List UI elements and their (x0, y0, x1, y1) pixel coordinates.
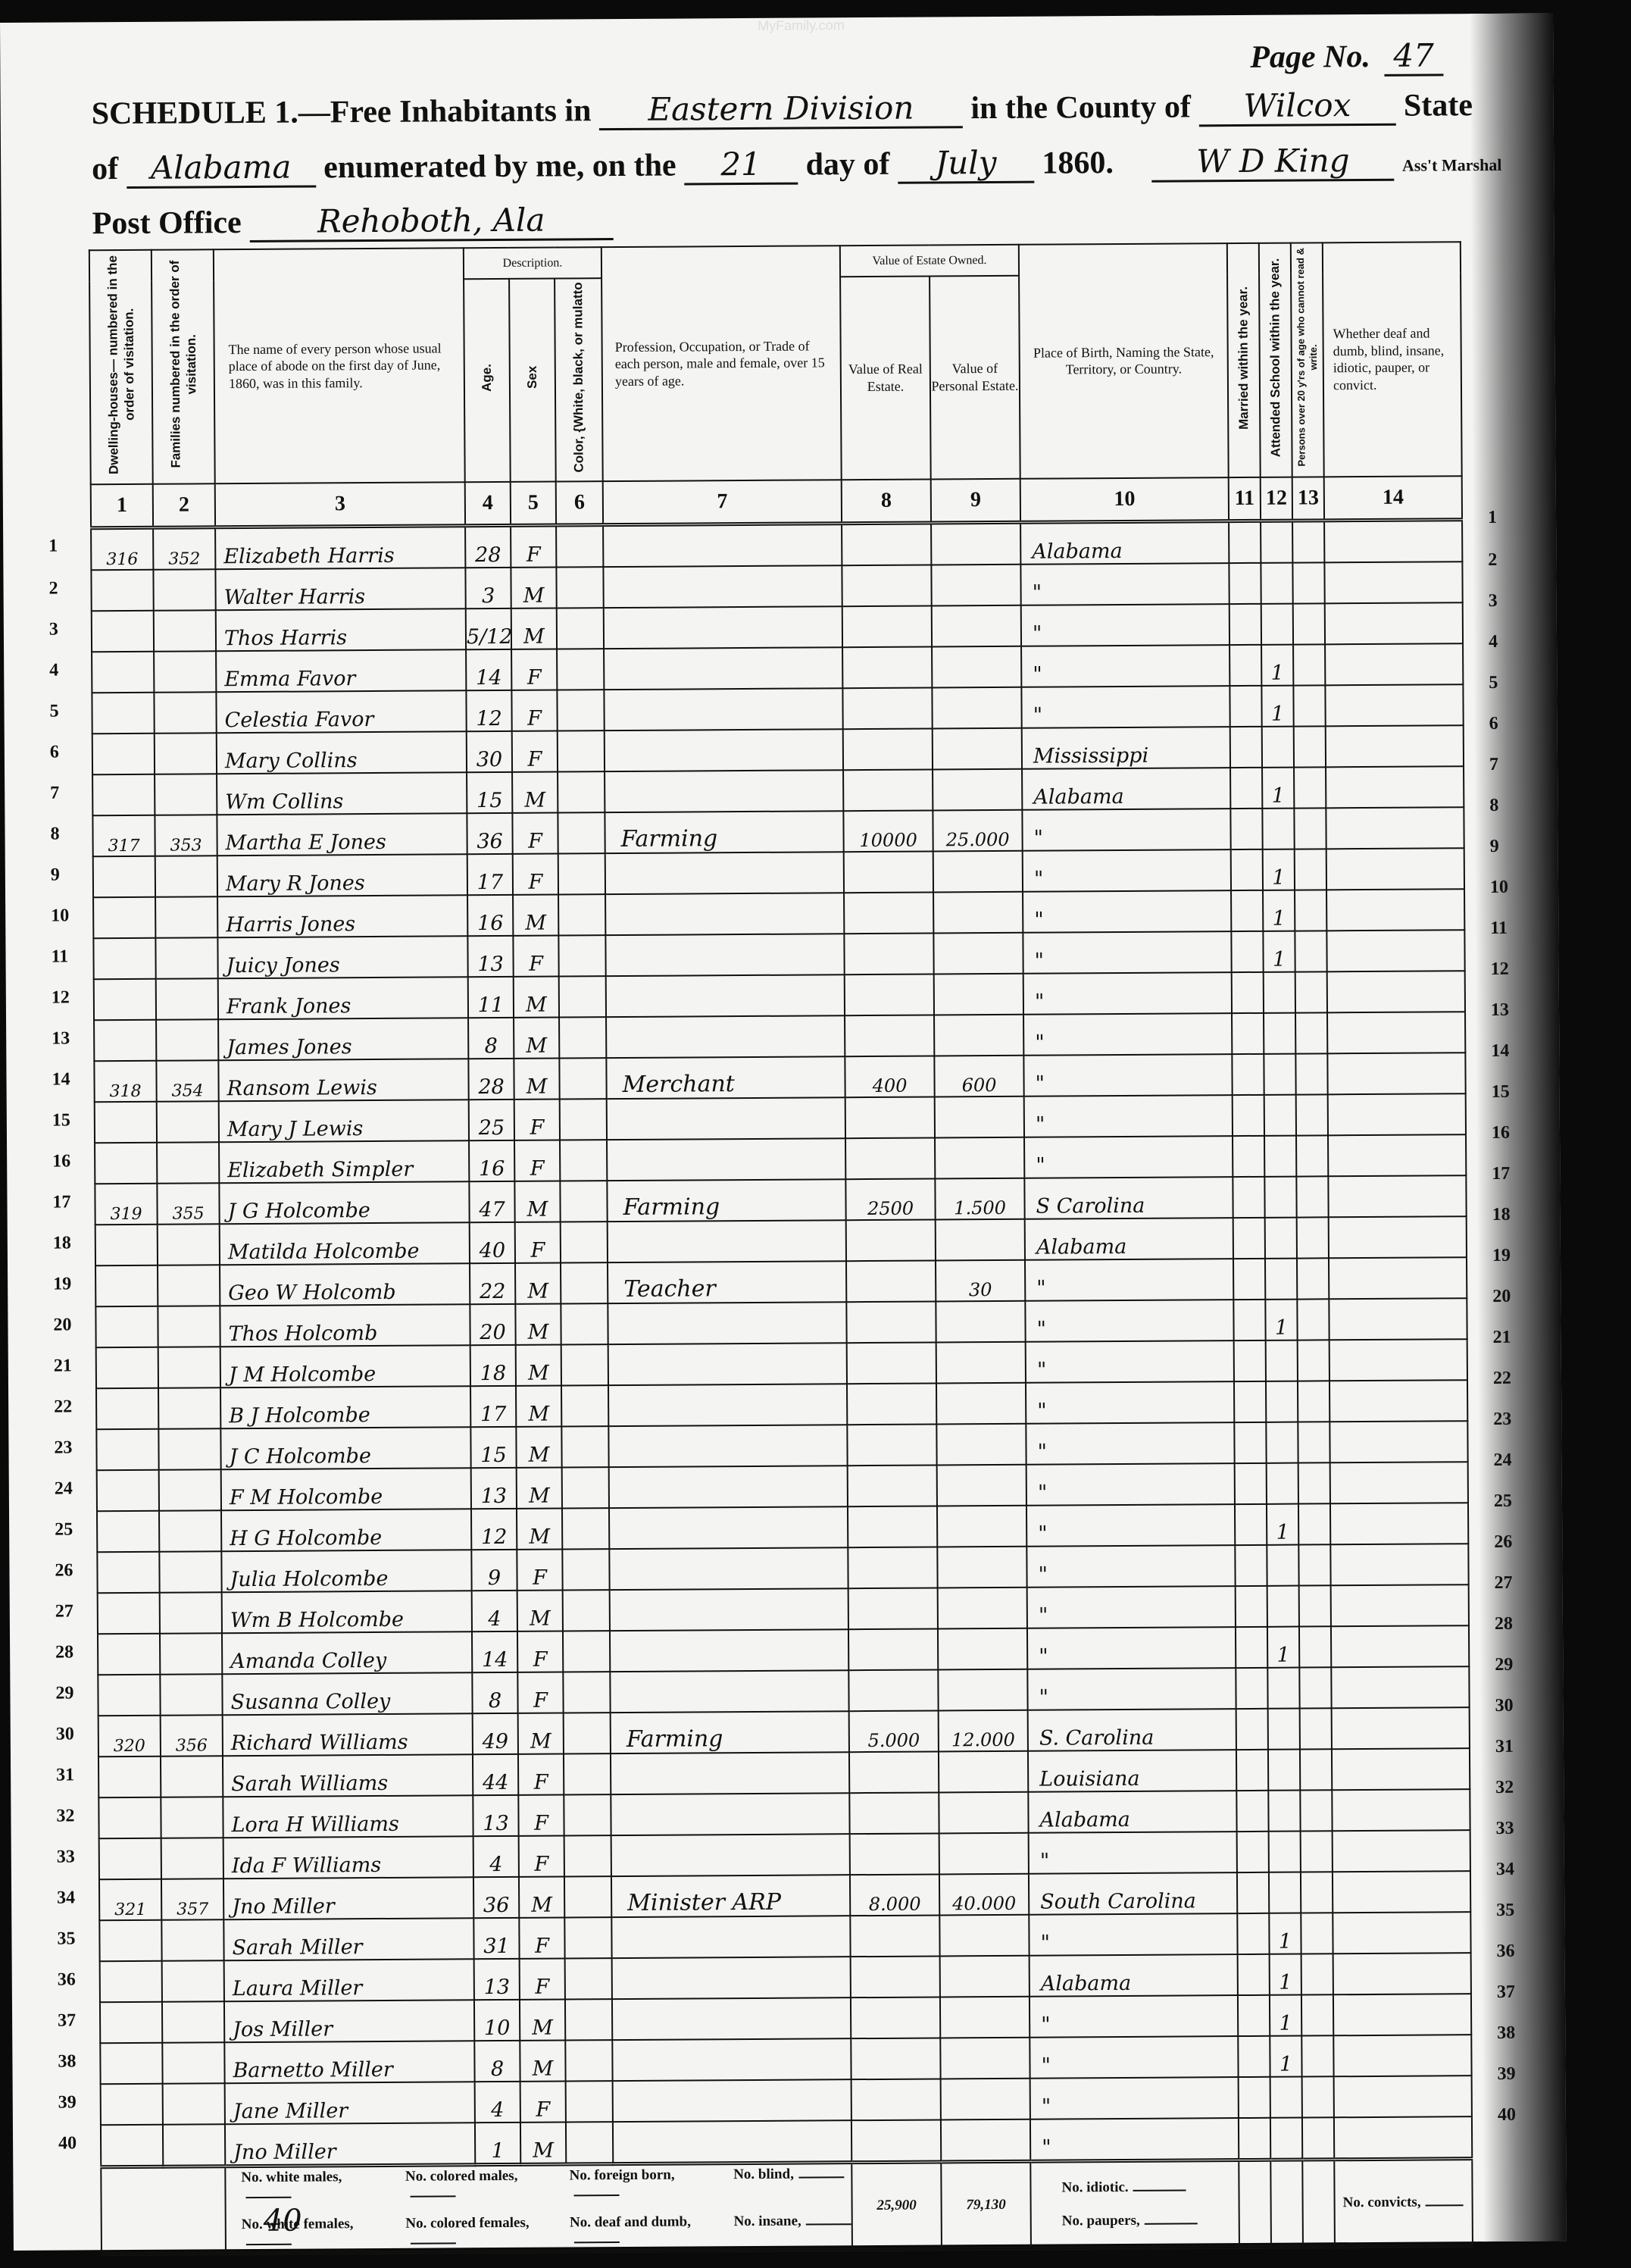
married-mark (1236, 1750, 1268, 1791)
person-sex: F (519, 1917, 564, 1958)
birthplace: " (1026, 1463, 1235, 1506)
family-number (160, 1633, 222, 1674)
illiterate-mark (1296, 1094, 1328, 1135)
school-mark: 1 (1270, 2035, 1301, 2076)
illiterate-mark (1296, 1176, 1328, 1217)
person-occupation (611, 1916, 850, 1958)
person-color (558, 935, 605, 976)
school-mark: 1 (1270, 1954, 1301, 1994)
personal-estate-value (941, 2078, 1030, 2119)
school-mark (1267, 1585, 1299, 1626)
person-age: 17 (470, 1386, 516, 1427)
school-mark (1264, 1012, 1295, 1053)
condition-note (1333, 1994, 1471, 2035)
illiterate-mark (1295, 971, 1327, 1012)
school-mark (1264, 971, 1295, 1012)
line-number: 35 (1496, 1900, 1514, 1921)
person-color (562, 1467, 609, 1508)
condition-note (1334, 2116, 1472, 2160)
school-mark: 1 (1267, 1626, 1299, 1667)
family-number (155, 896, 217, 937)
condition-note (1333, 1830, 1470, 1872)
real-estate-value (843, 728, 933, 770)
person-color (557, 690, 604, 730)
personal-estate-value (932, 646, 1021, 688)
of-label: of (92, 152, 118, 186)
illiterate-mark (1292, 562, 1324, 603)
birthplace: Louisiana (1028, 1750, 1236, 1792)
estate-header: Value of Estate Owned. (840, 245, 1019, 277)
person-occupation: Merchant (606, 1056, 845, 1099)
personal-estate-value (937, 1506, 1026, 1547)
dwelling-number: 320 (98, 1715, 161, 1757)
person-age: 8 (472, 1672, 517, 1713)
person-age: 20 (470, 1304, 515, 1345)
illiterate-mark (1298, 1544, 1330, 1585)
line-number: 32 (56, 1806, 74, 1826)
line-number: 33 (1496, 1819, 1514, 1839)
condition-note (1329, 1216, 1467, 1258)
condition-note (1330, 1462, 1468, 1503)
line-number: 5 (49, 702, 58, 722)
birthplace: Alabama (1020, 521, 1229, 564)
page-number-value: 47 (1384, 36, 1443, 76)
col-number: 8 (842, 479, 931, 523)
school-mark: 1 (1263, 849, 1295, 890)
line-number: 4 (1489, 632, 1498, 652)
person-name: Frank Jones (218, 977, 468, 1019)
person-name: Wm B Holcombe (222, 1591, 472, 1633)
header-line-3: Post Office Rehoboth, Ala (92, 201, 613, 243)
col-name-header: The name of every person whose usual pla… (214, 248, 465, 483)
person-name: J C Holcombe (220, 1427, 470, 1469)
person-sex: M (514, 1058, 559, 1099)
married-mark (1236, 1627, 1267, 1668)
person-age: 36 (473, 1877, 519, 1918)
real-estate-value (847, 1342, 936, 1384)
watermark: MyFamily.com (758, 17, 845, 34)
dwelling-number (94, 979, 156, 1020)
person-occupation (606, 1015, 845, 1058)
person-sex: F (518, 1794, 564, 1835)
condition-note (1326, 807, 1464, 849)
person-occupation (605, 729, 843, 771)
person-color (558, 812, 605, 853)
birthplace: Mississippi (1022, 727, 1230, 769)
person-sex: M (514, 1181, 560, 1222)
birthplace: " (1021, 686, 1229, 728)
person-name: Barnetto Miller (224, 2041, 474, 2083)
person-occupation (604, 647, 842, 690)
illiterate-mark (1294, 726, 1326, 767)
person-name: Jno Miller (223, 1877, 473, 1919)
personal-estate-value (932, 687, 1021, 729)
married-mark (1237, 1872, 1269, 1913)
birthplace: " (1026, 1340, 1234, 1383)
description-header: Description. (464, 247, 601, 279)
county-label: in the County of (970, 89, 1191, 126)
line-number: 23 (54, 1437, 72, 1458)
school-mark: 1 (1269, 1913, 1301, 1954)
personal-estate-value (940, 2037, 1030, 2079)
family-number (157, 1142, 219, 1183)
illiterate-mark (1297, 1217, 1329, 1258)
personal-estate-value (936, 1342, 1026, 1384)
condition-note (1332, 1789, 1470, 1831)
person-color (557, 649, 604, 690)
person-name: Ida F Williams (223, 1836, 473, 1879)
married-mark (1238, 1954, 1270, 1995)
personal-estate-value (938, 1588, 1027, 1629)
dwelling-number (99, 1838, 161, 1879)
dwelling-number (97, 1470, 159, 1511)
condition-note (1326, 725, 1464, 767)
person-sex: F (514, 1140, 560, 1181)
condition-note (1333, 1953, 1471, 1994)
line-number: 14 (1491, 1041, 1509, 1062)
personal-estate-value (933, 851, 1023, 893)
dwelling-number (95, 1306, 158, 1347)
person-sex: M (520, 2122, 566, 2164)
line-number: 11 (51, 946, 68, 967)
real-estate-value (846, 1301, 936, 1343)
personal-estate-value (938, 1628, 1027, 1670)
married-mark (1229, 563, 1261, 604)
family-number (161, 1797, 223, 1838)
col-number: 14 (1324, 476, 1462, 521)
col-number: 2 (153, 483, 215, 527)
condition-note (1332, 1707, 1470, 1749)
illiterate-mark (1300, 1790, 1332, 1831)
person-color (561, 1426, 608, 1467)
married-mark (1230, 768, 1262, 809)
personal-estate-value: 1.500 (935, 1178, 1024, 1220)
school-mark: 1 (1267, 1503, 1298, 1544)
person-name: Lora H Williams (223, 1795, 473, 1838)
person-age: 18 (470, 1345, 516, 1386)
condition-note (1326, 889, 1464, 931)
person-color (556, 524, 603, 567)
real-estate-value (848, 1669, 938, 1711)
person-color (561, 1222, 608, 1262)
person-name: Emma Favor (216, 649, 466, 692)
person-sex: M (515, 1303, 561, 1344)
col-color-header: Color, {White, black, or mulatto (555, 278, 603, 481)
person-name: Celestia Favor (216, 690, 466, 733)
paupers-count: No. paupers, (1062, 2212, 1239, 2229)
family-number (159, 1469, 221, 1510)
dwelling-number (101, 2124, 163, 2166)
personal-estate-value (939, 1914, 1029, 1956)
dwelling-number (92, 774, 155, 815)
person-age: 15 (467, 772, 512, 813)
person-sex: M (514, 976, 559, 1017)
birthplace: " (1023, 972, 1232, 1015)
dwelling-number (97, 1511, 159, 1552)
line-number: 1 (1488, 508, 1497, 528)
family-number (158, 1387, 220, 1428)
family-number: 354 (156, 1060, 218, 1101)
school-mark: 1 (1262, 767, 1294, 808)
real-estate-value: 2500 (845, 1178, 935, 1220)
family-number (155, 733, 217, 774)
real-estate-value (845, 974, 934, 1015)
person-occupation (607, 1097, 845, 1140)
line-number: 21 (1493, 1328, 1511, 1348)
person-sex: M (516, 1344, 561, 1385)
school-mark (1264, 1094, 1296, 1135)
illiterate-mark (1295, 1012, 1327, 1053)
person-name: Mary Collins (217, 731, 467, 774)
person-occupation (604, 606, 842, 649)
line-number: 30 (1495, 1696, 1514, 1716)
footnote-mark: 40 (264, 2204, 302, 2238)
real-estate-value (849, 1751, 939, 1793)
line-number: 17 (1492, 1164, 1510, 1184)
birthplace: " (1026, 1545, 1235, 1588)
idiotic-paupers-counts: No. idiotic. No. paupers, (1030, 2160, 1239, 2248)
illiterate-mark (1293, 603, 1325, 644)
condition-note (1329, 1298, 1467, 1340)
dwelling-number (95, 1102, 157, 1143)
family-number (154, 610, 216, 651)
personal-estate-value (938, 1669, 1027, 1711)
line-number: 11 (1490, 918, 1508, 939)
line-number: 40 (1498, 2105, 1516, 2126)
illiterate-mark (1301, 1954, 1333, 1994)
line-number: 23 (1493, 1409, 1511, 1430)
person-sex: F (518, 1753, 564, 1794)
col-number: 10 (1020, 477, 1229, 522)
illiterate-mark (1301, 2035, 1333, 2076)
school-mark: 1 (1265, 1299, 1297, 1340)
illiterate-mark (1301, 1913, 1333, 1954)
white-males-count: No. white males, (241, 2169, 389, 2203)
birthplace: " (1024, 1095, 1233, 1137)
person-sex: F (511, 649, 557, 690)
line-number: 27 (55, 1601, 73, 1622)
line-number: 34 (57, 1888, 75, 1908)
married-mark (1236, 1586, 1267, 1627)
person-name: B J Holcombe (220, 1386, 470, 1428)
year-label: 1860. (1042, 145, 1114, 181)
person-occupation (605, 893, 844, 935)
person-color (564, 1753, 611, 1794)
marshal-label: Ass't Marshal (1402, 155, 1502, 175)
line-number: 19 (1492, 1246, 1511, 1266)
married-mark (1229, 521, 1261, 563)
person-sex: F (515, 1222, 561, 1262)
family-number (156, 978, 218, 1019)
census-table: Dwelling-houses— numbered in the order o… (89, 241, 1473, 2256)
real-estate-value (844, 933, 933, 974)
line-number: 13 (1491, 1000, 1509, 1021)
line-number: 26 (55, 1560, 73, 1581)
personal-estate-value (935, 1137, 1024, 1179)
real-estate-value (850, 1915, 939, 1957)
page-edge-shadow (1470, 13, 1567, 2241)
family-number (155, 774, 217, 815)
person-sex: F (511, 525, 556, 568)
line-number: 39 (1497, 2064, 1515, 2085)
illiterate-mark (1302, 2076, 1334, 2117)
person-age: 22 (470, 1263, 515, 1304)
personal-estate-value (936, 1301, 1025, 1343)
married-mark (1237, 1832, 1269, 1872)
summary-counts: No. white males, No. colored males, No. … (225, 2162, 852, 2253)
col-age-header: Age. (464, 279, 511, 482)
col-personal-estate-header: Value of Personal Estate. (930, 276, 1020, 479)
idiotic-count: No. idiotic. (1061, 2179, 1238, 2196)
dwelling-number (101, 2083, 163, 2125)
birthplace: " (1030, 2036, 1238, 2079)
person-color (564, 1835, 611, 1876)
family-number (158, 1347, 220, 1387)
real-estate-value (850, 1833, 939, 1875)
birthplace: " (1027, 1668, 1236, 1710)
person-sex: F (513, 935, 558, 976)
person-sex: F (512, 730, 558, 771)
person-occupation (611, 1793, 849, 1835)
personal-estate-value: 600 (934, 1056, 1023, 1097)
month-field: July (898, 144, 1034, 184)
real-estate-value (849, 1792, 939, 1834)
person-age: 25 (469, 1100, 514, 1140)
school-mark (1265, 1217, 1297, 1258)
person-occupation (608, 1425, 847, 1467)
col-illiterate-header: Persons over 20 y'rs of age who cannot r… (1291, 242, 1324, 477)
person-sex: M (511, 567, 556, 608)
real-estate-value (846, 1260, 936, 1302)
person-occupation (612, 1957, 851, 1999)
family-number: 352 (153, 527, 215, 570)
birthplace: " (1022, 809, 1230, 851)
person-color (565, 1999, 612, 2040)
person-sex: M (519, 1876, 564, 1917)
person-color (565, 2040, 612, 2081)
married-mark (1233, 1259, 1265, 1300)
col-condition-header: Whether deaf and dumb, blind, insane, id… (1323, 242, 1462, 477)
line-number: 26 (1494, 1532, 1512, 1553)
person-sex: M (513, 894, 558, 935)
person-sex: F (512, 812, 558, 853)
married-mark (1233, 1218, 1265, 1259)
line-number: 30 (56, 1724, 74, 1744)
line-number: 31 (56, 1765, 74, 1785)
line-number: 37 (1497, 1982, 1515, 2003)
person-name: Sarah Miller (223, 1918, 473, 1960)
person-sex: F (517, 1631, 563, 1672)
person-age: 1 (475, 2123, 520, 2165)
birthplace: " (1027, 1627, 1236, 1669)
person-name: Jane Miller (225, 2082, 475, 2124)
person-name: Laura Miller (224, 1959, 474, 2001)
condition-note (1329, 1380, 1467, 1422)
line-number: 8 (50, 824, 59, 845)
line-number: 28 (1495, 1614, 1513, 1635)
illiterate-mark (1299, 1667, 1331, 1708)
col-married-header: Married within the year. (1227, 243, 1261, 477)
condition-note (1328, 1093, 1466, 1135)
dwelling-number: 318 (94, 1061, 156, 1102)
school-mark (1267, 1544, 1298, 1585)
state-label: State (1404, 88, 1473, 124)
condition-note (1331, 1666, 1469, 1708)
family-number (155, 856, 217, 896)
person-name: James Jones (218, 1018, 468, 1060)
married-mark (1235, 1463, 1267, 1504)
school-mark (1269, 1831, 1301, 1872)
married-mark (1230, 727, 1262, 768)
dwelling-number (93, 938, 155, 979)
person-color (560, 1099, 607, 1140)
condition-note (1331, 1625, 1469, 1667)
line-number: 29 (1495, 1655, 1513, 1675)
line-number: 4 (49, 661, 58, 681)
family-number (158, 1224, 220, 1265)
person-name: Richard Williams (223, 1713, 473, 1756)
line-number: 6 (50, 743, 59, 763)
family-number (160, 1674, 222, 1716)
person-occupation (605, 934, 844, 976)
day-field: 21 (684, 145, 798, 186)
dwelling-number: 321 (99, 1879, 161, 1919)
person-color (561, 1385, 608, 1426)
person-age: 8 (474, 2041, 520, 2082)
person-name: H G Holcombe (221, 1509, 471, 1551)
census-page: MyFamily.com Page No. 47 SCHEDULE 1.—Fre… (0, 13, 1567, 2250)
person-age: 36 (467, 813, 512, 854)
birthplace: " (1029, 1832, 1237, 1874)
person-occupation (606, 974, 845, 1017)
blind-count: No. blind, (733, 2166, 851, 2200)
married-mark (1232, 972, 1264, 1013)
personal-estate-value (940, 1996, 1030, 2038)
real-estate-value (842, 523, 931, 565)
school-mark (1266, 1340, 1298, 1381)
person-occupation (608, 1220, 846, 1262)
married-mark (1239, 2077, 1270, 2118)
school-mark (1269, 1872, 1301, 1913)
school-mark (1270, 2117, 1302, 2160)
condition-note (1327, 971, 1465, 1012)
family-number (157, 1101, 219, 1142)
person-occupation (613, 2079, 851, 2122)
person-color (560, 1181, 607, 1222)
family-number: 357 (161, 1879, 223, 1919)
school-mark (1267, 1667, 1299, 1708)
personal-estate-value (939, 1833, 1029, 1875)
person-name: Jno Miller (225, 2123, 475, 2166)
colored-males-count: No. colored males, (405, 2167, 553, 2201)
birthplace: " (1029, 1913, 1237, 1956)
school-mark (1266, 1381, 1298, 1422)
person-age: 4 (475, 2082, 520, 2123)
person-color (561, 1303, 608, 1344)
dwelling-number (93, 897, 155, 938)
family-number (154, 651, 216, 692)
birthplace: " (1021, 645, 1229, 687)
person-color (560, 1140, 607, 1181)
real-estate-value (844, 851, 933, 893)
line-number: 31 (1495, 1737, 1514, 1757)
person-sex: F (511, 690, 557, 730)
dwelling-number (96, 1347, 158, 1389)
personal-estate-value (933, 769, 1022, 811)
school-mark (1264, 1135, 1296, 1176)
person-name: Mary J Lewis (219, 1100, 469, 1142)
birthplace: Alabama (1025, 1218, 1233, 1260)
